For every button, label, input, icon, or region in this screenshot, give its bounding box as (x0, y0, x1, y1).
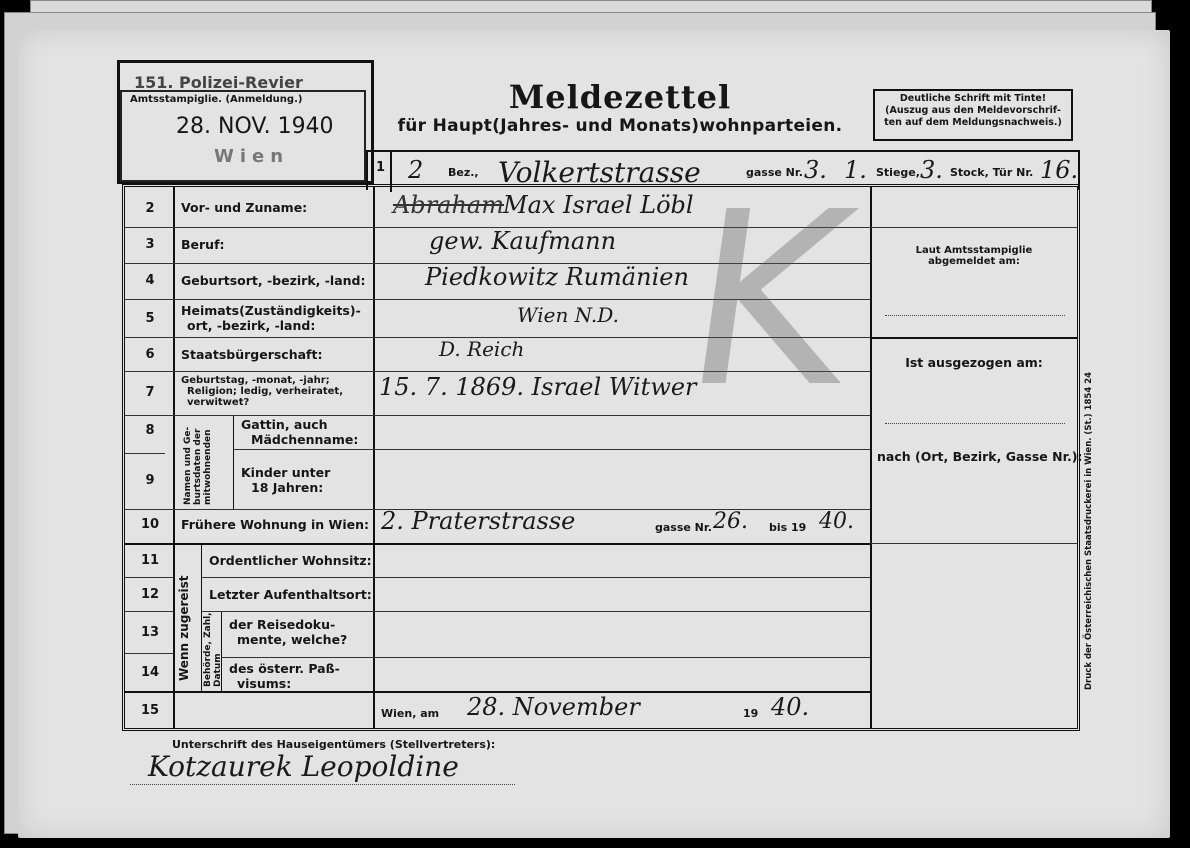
row-line (125, 653, 173, 654)
note-line-1: Deutliche Schrift mit Tinte! (875, 93, 1071, 105)
district-label: Bez., (448, 166, 479, 179)
label-name: Vor- und Zuname: (181, 200, 307, 215)
home-town-value[interactable]: Wien N.D. (517, 303, 619, 327)
label-line: Religion; ledig, verheiratet, (181, 386, 343, 397)
row-number: 4 (125, 273, 175, 288)
col-divider (373, 187, 375, 728)
row-number: 9 (125, 473, 175, 488)
row-line (233, 449, 870, 450)
label-line: Gattin, auch (241, 417, 358, 432)
stamp-inner-box: Amtsstampiglie. (Anmeldung.) 28. NOV. 19… (120, 90, 366, 182)
year-value[interactable]: 40. (771, 693, 809, 721)
right-line (870, 227, 1077, 228)
row-line (221, 657, 870, 658)
label-moved-to: nach (Ort, Bezirk, Gasse Nr.): (877, 449, 1083, 464)
label-if-arrived-vertical: Wenn zugereist (177, 575, 191, 681)
instructions-note: Deutliche Schrift mit Tinte! (Auszug aus… (873, 89, 1073, 141)
row-line (125, 453, 165, 454)
label-line: 18 Jahren: (241, 480, 330, 495)
label-line: Heimats(Zuständigkeits)- (181, 303, 361, 318)
label-birthplace: Geburtsort, -bezirk, -land: (181, 273, 366, 288)
row-number: 6 (125, 347, 175, 362)
label-passport-visa: des österr. Paß- visums: (229, 661, 340, 691)
year-prefix: 19 (743, 707, 758, 720)
label-last-stay: Letzter Aufenthaltsort: (209, 587, 372, 602)
label-line: der Reisedoku- (229, 617, 347, 632)
label-line: Mädchenname: (241, 432, 358, 447)
door-value[interactable]: 16. (1040, 156, 1078, 184)
right-line (870, 543, 1077, 544)
label-home-town: Heimats(Zuständigkeits)- ort, -bezirk, -… (181, 303, 361, 333)
row-number: 13 (125, 625, 175, 640)
pencil-mark-k: K (673, 180, 864, 420)
citizenship-value[interactable]: D. Reich (439, 337, 524, 361)
row-number: 14 (125, 665, 175, 680)
name-value-struck[interactable]: Abraham (393, 191, 504, 219)
row-number: 11 (125, 553, 175, 568)
birthplace-value[interactable]: Piedkowitz Rumänien (425, 263, 689, 291)
label-usual-residence: Ordentlicher Wohnsitz: (209, 553, 372, 568)
row-number: 1 (376, 160, 385, 175)
row-line (125, 543, 870, 545)
stock-label: Stock, Tür Nr. (950, 166, 1033, 179)
form-grid: 2 3 4 5 6 7 8 9 10 11 12 13 14 15 Vor- u… (122, 184, 1080, 731)
label-cohabitants-vertical: Namen und Ge- burtsdaten der mitwohnende… (183, 415, 213, 505)
row-number: 2 (125, 201, 175, 216)
label-children: Kinder unter 18 Jahren: (241, 465, 330, 495)
row-number: 3 (125, 237, 175, 252)
label-line: Kinder unter (241, 465, 330, 480)
row-number: 5 (125, 311, 175, 326)
col-divider (173, 187, 175, 728)
label-authority-vertical: Behörde, Zahl, Datum (203, 611, 223, 687)
stamp-date: 28. NOV. 1940 (176, 114, 334, 139)
stiege-label: Stiege, (876, 166, 920, 179)
label-line: ort, -bezirk, -land: (181, 318, 361, 333)
birthdate-religion-value[interactable]: 15. 7. 1869. Israel Witwer (379, 373, 697, 401)
page-subtitle: für Haupt(Jahres- und Monats)wohnparteie… (380, 116, 860, 136)
district-value[interactable]: 2 (408, 156, 423, 184)
signature-value[interactable]: Kotzaurek Leopoldine (148, 750, 459, 783)
label-birthdate-religion: Geburtstag, -monat, -jahr; Religion; led… (181, 375, 343, 408)
label-line: Geburtstag, -monat, -jahr; (181, 375, 343, 386)
label-occupation: Beruf: (181, 237, 225, 252)
label-travel-documents: der Reisedoku- mente, welche? (229, 617, 347, 647)
printer-note: Druck der Österreichischen Staatsdrucker… (1084, 372, 1094, 690)
date-prefix: Wien, am (381, 707, 439, 720)
note-line-2: (Auszug aus den Meldevorschrif- (875, 105, 1071, 117)
label-line: visums: (229, 676, 340, 691)
previous-gasse-label: gasse Nr. (655, 521, 712, 534)
name-value[interactable]: Max Israel Löbl (503, 191, 694, 219)
row-line (125, 611, 173, 612)
previous-bis-label: bis 19 (769, 521, 806, 534)
stamp-city: Wien (214, 146, 289, 167)
row-number: 12 (125, 587, 175, 602)
occupation-value[interactable]: gew. Kaufmann (429, 227, 616, 255)
row-number: 15 (125, 703, 175, 718)
note-line-3: ten auf dem Meldungsnachweis.) (875, 117, 1071, 129)
label-previous-residence: Frühere Wohnung in Wien: (181, 517, 369, 532)
previous-residence-value[interactable]: 2. Praterstrasse (381, 507, 575, 535)
sub-divider (233, 415, 234, 509)
floor-value[interactable]: 3. (920, 156, 943, 184)
row-line (201, 611, 870, 612)
sub-divider (201, 545, 202, 691)
label-line: abgemeldet am: (871, 256, 1077, 267)
signature-line (130, 784, 515, 785)
label-line: mente, welche? (229, 632, 347, 647)
date-value[interactable]: 28. November (467, 693, 640, 721)
row-number: 8 (125, 423, 175, 438)
previous-house-number[interactable]: 26. (713, 509, 748, 534)
col-divider (870, 187, 872, 728)
label-spouse: Gattin, auch Mädchenname: (241, 417, 358, 447)
row-line (201, 577, 870, 578)
previous-bis-year[interactable]: 40. (819, 509, 854, 534)
label-citizenship: Staatsbürgerschaft: (181, 347, 322, 362)
right-line (870, 337, 1077, 339)
stamp-label: Amtsstampiglie. (Anmeldung.) (130, 94, 302, 105)
dotted-line-ausgezogen (885, 423, 1065, 424)
label-moved-out: Ist ausgezogen am: (871, 355, 1077, 370)
dotted-line-abgemeldet (885, 315, 1065, 316)
label-deregistered: Laut Amtsstampiglie abgemeldet am: (871, 245, 1077, 267)
row-number: 10 (125, 517, 175, 532)
label-line: verwitwet? (181, 397, 343, 408)
row-number: 7 (125, 385, 175, 400)
row-line (125, 577, 173, 578)
page-title: Meldezettel (380, 78, 860, 116)
label-line: Laut Amtsstampiglie (871, 245, 1077, 256)
label-line: des österr. Paß- (229, 661, 340, 676)
